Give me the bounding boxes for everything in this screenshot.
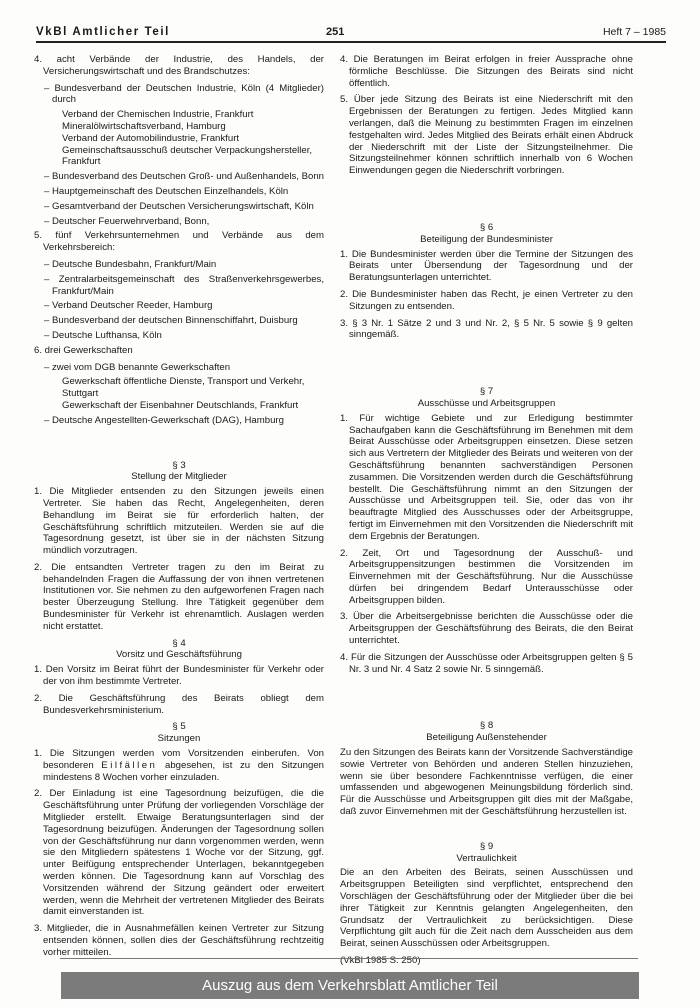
- member-line: Gemeinschaftsausschuß deutscher Verpacku…: [34, 145, 324, 169]
- section-item: 2. Der Einladung ist eine Tagesordnung b…: [34, 788, 324, 918]
- list-subitem: – Bundesverband der Deutschen Industrie,…: [34, 83, 324, 107]
- member-line: Gewerkschaft der Eisenbahner Deutschland…: [34, 400, 324, 412]
- section-title: Beteiligung der Bundesminister: [340, 234, 633, 246]
- footer-divider: [60, 958, 638, 959]
- section-title: Vorsitz und Geschäftsführung: [34, 649, 324, 661]
- section-number: § 7: [340, 386, 633, 398]
- list-subitem: – Hauptgemeinschaft des Deutschen Einzel…: [34, 186, 324, 198]
- member-line: Mineralölwirtschaftsverband, Hamburg: [34, 121, 324, 133]
- section-number: § 8: [340, 720, 633, 732]
- section-number: § 4: [34, 638, 324, 650]
- section-item: 2. Zeit, Ort und Tagesordnung der Aussch…: [340, 548, 633, 607]
- section-title: Beteiligung Außenstehender: [340, 732, 633, 744]
- member-line: Verband der Automobilindustrie, Frankfur…: [34, 133, 324, 145]
- section-item: 1. Den Vorsitz im Beirat führt der Bunde…: [34, 664, 324, 688]
- issue-label: Heft 7 – 1985: [603, 26, 666, 38]
- section-item: 2. Die entsandten Vertreter tragen zu de…: [34, 562, 324, 633]
- list-subitem: – Deutscher Feuerwehrverband, Bonn,: [34, 216, 324, 228]
- list-item: 4. acht Verbände der Industrie, des Hand…: [34, 54, 324, 78]
- footer-banner: Auszug aus dem Verkehrsblatt Amtlicher T…: [61, 972, 639, 999]
- page-number: 251: [326, 26, 344, 38]
- list-subitem: – zwei vom DGB benannte Gewerkschaften: [34, 362, 324, 374]
- list-subitem: – Deutsche Lufthansa, Köln: [34, 330, 324, 342]
- list-subitem: – Bundesverband der deutschen Binnenschi…: [34, 315, 324, 327]
- section-item: 2. Die Bundesminister haben das Recht, j…: [340, 289, 633, 313]
- section-item: 3. Über die Arbeitsergebnisse berichten …: [340, 611, 633, 646]
- section-title: Ausschüsse und Arbeitsgruppen: [340, 398, 633, 410]
- section-item: 3. Mitglieder, die in Ausnahmefällen kei…: [34, 923, 324, 958]
- list-subitem: – Verband Deutscher Reeder, Hamburg: [34, 300, 324, 312]
- citation: (VkBl 1985 S. 250): [340, 955, 633, 967]
- section-item: 4. Die Beratungen im Beirat erfolgen in …: [340, 54, 633, 89]
- section-item: 1. Die Sitzungen werden vom Vorsitzenden…: [34, 748, 324, 783]
- section-item: 3. § 3 Nr. 1 Sätze 2 und 3 und Nr. 2, § …: [340, 318, 633, 342]
- list-item: 6. drei Gewerkschaften: [34, 345, 324, 357]
- list-subitem: – Deutsche Bundesbahn, Frankfurt/Main: [34, 259, 324, 271]
- list-subitem: – Gesamtverband der Deutschen Versicheru…: [34, 201, 324, 213]
- list-subitem: – Deutsche Angestellten-Gewerkschaft (DA…: [34, 415, 324, 427]
- list-subitem: – Bundesverband des Deutschen Groß- und …: [34, 171, 324, 183]
- section-number: § 5: [34, 721, 324, 733]
- section-number: § 6: [340, 222, 633, 234]
- section-paragraph: Die an den Arbeiten des Beirats, seinen …: [340, 867, 633, 950]
- list-subitem: – Zentralarbeitsgemeinschaft des Straßen…: [34, 274, 324, 298]
- section-title: Sitzungen: [34, 733, 324, 745]
- member-line: Gewerkschaft öffentliche Dienste, Transp…: [34, 376, 324, 400]
- section-title: Stellung der Mitglieder: [34, 471, 324, 483]
- left-column: 4. acht Verbände der Industrie, des Hand…: [34, 54, 324, 964]
- section-item: 1. Für wichtige Gebiete und zur Erledigu…: [340, 413, 633, 543]
- page-header: VkBl Amtlicher Teil 251 Heft 7 – 1985: [36, 24, 666, 43]
- emphasized-word: Eilfällen: [101, 760, 157, 771]
- section-item: 1. Die Mitglieder entsenden zu den Sitzu…: [34, 486, 324, 557]
- section-item: 1. Die Bundesminister werden über die Te…: [340, 249, 633, 284]
- section-number: § 9: [340, 841, 633, 853]
- right-column: 4. Die Beratungen im Beirat erfolgen in …: [340, 54, 633, 972]
- section-item: 4. Für die Sitzungen der Ausschüsse oder…: [340, 652, 633, 676]
- section-number: § 3: [34, 460, 324, 472]
- section-title: Vertraulichkeit: [340, 853, 633, 865]
- section-paragraph: Zu den Sitzungen des Beirats kann der Vo…: [340, 747, 633, 818]
- section-item: 5. Über jede Sitzung des Beirats ist ein…: [340, 94, 633, 177]
- section-item: 2. Die Geschäftsführung des Beirats obli…: [34, 693, 324, 717]
- journal-name: VkBl Amtlicher Teil: [36, 26, 170, 38]
- list-item: 5. fünf Verkehrsunternehmen und Verbände…: [34, 230, 324, 254]
- member-line: Verband der Chemischen Industrie, Frankf…: [34, 109, 324, 121]
